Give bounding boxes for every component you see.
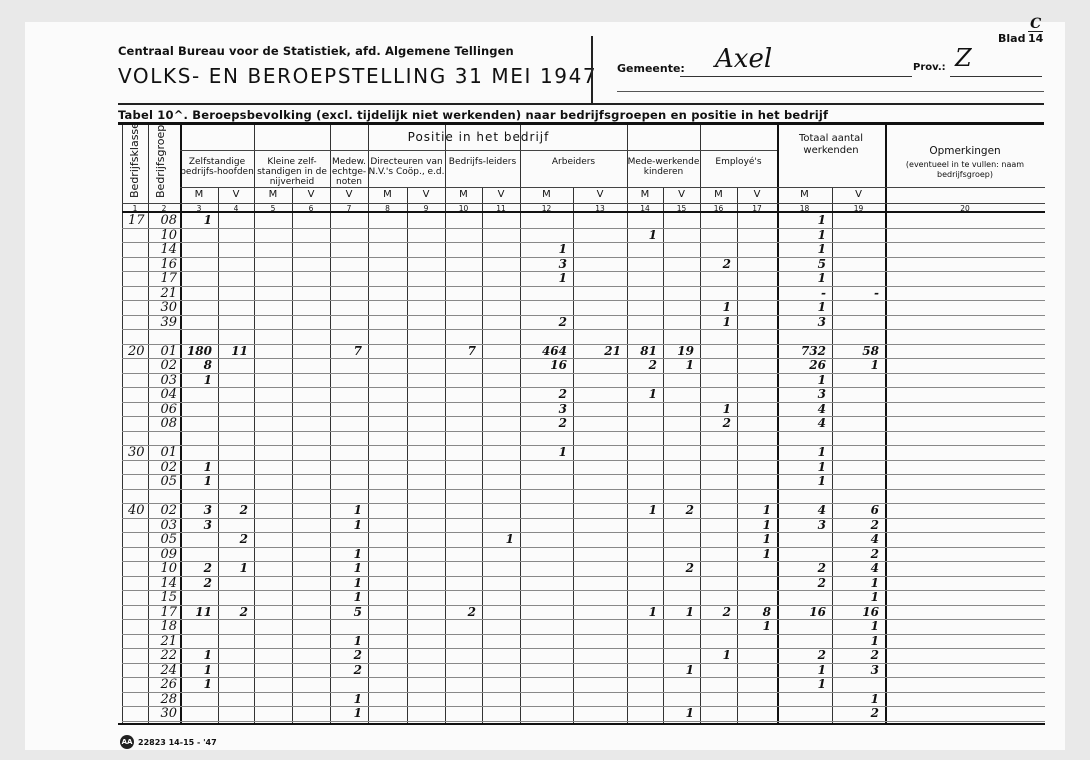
data-cell-col-18[interactable]: 2: [777, 561, 826, 576]
column-number: 10: [445, 204, 482, 213]
bedrijfsgroep-cell[interactable]: 09: [150, 547, 177, 562]
data-cell-col-3[interactable]: 1: [180, 213, 212, 228]
column-number: 13: [573, 204, 627, 213]
bedrijfsklasse-cell[interactable]: 30: [128, 445, 145, 460]
cbs-logo-icon: AA: [120, 735, 134, 749]
bedrijfsgroep-cell[interactable]: 02: [150, 460, 177, 475]
row-line: [122, 228, 1045, 229]
data-cell-col-19[interactable]: 2: [832, 518, 879, 533]
data-cell-col-7[interactable]: 5: [330, 605, 362, 620]
data-cell-col-12[interactable]: 16: [520, 358, 567, 373]
row-line: [122, 634, 1045, 635]
data-cell-col-7[interactable]: 1: [330, 547, 362, 562]
bedrijfsgroep-cell[interactable]: 03: [150, 518, 177, 533]
column-number: 20: [885, 204, 1045, 213]
group-header-7: Mede-werkende kinderen: [627, 157, 700, 177]
sex-subheader: M: [700, 189, 737, 200]
gemeente-field[interactable]: Axel: [715, 44, 772, 74]
data-cell-col-7[interactable]: 1: [330, 561, 362, 576]
row-line: [122, 692, 1045, 693]
data-cell-col-3[interactable]: 1: [180, 460, 212, 475]
bedrijfsgroep-cell[interactable]: 05: [150, 532, 177, 547]
data-cell-col-13[interactable]: 21: [573, 344, 621, 359]
data-cell-col-12[interactable]: 3: [520, 402, 567, 417]
group-header-1: Zelfstandige bedrijfs-hoofden: [180, 157, 254, 177]
data-cell-col-15[interactable]: 1: [663, 358, 694, 373]
bedrijfsgroep-cell[interactable]: 02: [150, 358, 177, 373]
row-line: [122, 706, 1045, 707]
group-header-6: Arbeiders: [520, 157, 627, 167]
data-cell-col-15[interactable]: 2: [663, 561, 694, 576]
column-number: 19: [832, 204, 885, 213]
data-cell-col-18[interactable]: 5: [777, 257, 826, 272]
bedrijfsgroep-cell[interactable]: 10: [150, 561, 177, 576]
grid-column-line: [292, 187, 293, 723]
data-cell-col-18[interactable]: 1: [777, 228, 826, 243]
blad-letter: C: [1028, 18, 1043, 31]
gemeente-extra-line: [617, 91, 1044, 92]
row-line: [122, 460, 1045, 461]
bedrijfsgroep-header: Bedrijfsgroep: [154, 125, 167, 198]
sex-subheader: V: [292, 189, 330, 200]
row-line: [122, 663, 1045, 664]
row-line: [122, 416, 1045, 417]
bedrijfsgroep-cell[interactable]: 01: [150, 344, 177, 359]
column-number: 7: [330, 204, 368, 213]
header-divider: [591, 36, 593, 104]
table-bottom-rule: [118, 723, 1045, 725]
data-cell-col-16[interactable]: 2: [700, 605, 731, 620]
data-cell-col-7[interactable]: 1: [330, 706, 362, 721]
sex-subheader: M: [445, 189, 482, 200]
sex-subheader: M: [180, 189, 218, 200]
bedrijfsgroep-cell[interactable]: 06: [150, 402, 177, 417]
data-cell-col-19[interactable]: 3: [832, 663, 879, 678]
row-line: [122, 271, 1045, 272]
column-number: 11: [482, 204, 520, 213]
row-line: [122, 547, 1045, 548]
bedrijfsgroep-cell[interactable]: 08: [150, 213, 177, 228]
header-rule: [118, 103, 1044, 105]
data-cell-col-18[interactable]: -: [777, 286, 826, 301]
group-header-3: Medew. echtge-noten: [330, 157, 368, 187]
bedrijfsklasse-header: Bedrijfsklasse: [128, 122, 141, 198]
bedrijfsklasse-cell[interactable]: 17: [128, 213, 145, 228]
data-cell-col-19[interactable]: 1: [832, 590, 879, 605]
data-cell-col-19[interactable]: 4: [832, 532, 879, 547]
column-number: 3: [180, 204, 218, 213]
sex-subheader: V: [218, 189, 254, 200]
data-cell-col-18[interactable]: 3: [777, 315, 826, 330]
row-line: [122, 576, 1045, 577]
data-cell-col-18[interactable]: 1: [777, 445, 826, 460]
data-cell-col-15[interactable]: 2: [663, 503, 694, 518]
bedrijfsgroep-cell[interactable]: 21: [150, 286, 177, 301]
data-cell-col-16[interactable]: 1: [700, 300, 731, 315]
column-number: 17: [737, 204, 777, 213]
row-line: [122, 532, 1045, 533]
data-cell-col-12[interactable]: 1: [520, 242, 567, 257]
data-cell-col-16[interactable]: 1: [700, 315, 731, 330]
column-number: 1: [122, 204, 148, 213]
row-line: [122, 315, 1045, 316]
blad-number: C 14: [1028, 18, 1043, 45]
data-cell-col-16[interactable]: 1: [700, 648, 731, 663]
data-cell-col-18[interactable]: 732: [777, 344, 826, 359]
row-line: [122, 445, 1045, 446]
data-cell-col-16[interactable]: 2: [700, 257, 731, 272]
data-cell-col-15[interactable]: 1: [663, 663, 694, 678]
organization-name: Centraal Bureau voor de Statistiek, afd.…: [118, 44, 514, 58]
row-line: [122, 474, 1045, 475]
data-cell-col-17[interactable]: 1: [737, 547, 771, 562]
row-line: [122, 677, 1045, 678]
row-line: [122, 329, 1045, 330]
column-number: 12: [520, 204, 573, 213]
data-cell-col-3[interactable]: 1: [180, 373, 212, 388]
blad-label: Blad: [998, 32, 1025, 45]
bedrijfsklasse-cell[interactable]: 20: [128, 344, 145, 359]
group-header-8: Employé's: [700, 157, 777, 167]
data-cell-col-7[interactable]: 1: [330, 503, 362, 518]
data-cell-col-3[interactable]: 11: [180, 605, 212, 620]
bedrijfsgroep-cell[interactable]: 30: [150, 300, 177, 315]
data-cell-col-19[interactable]: 1: [832, 576, 879, 591]
sex-subheader: M: [254, 189, 292, 200]
data-cell-col-19[interactable]: -: [832, 286, 879, 301]
bedrijfsgroep-cell[interactable]: 17: [150, 605, 177, 620]
data-cell-col-18[interactable]: 1: [777, 213, 826, 228]
positie-header: Positie in het bedrijf: [180, 132, 777, 142]
group-header-4: Directeuren van N.V.'s Coöp., e.d.: [368, 157, 445, 177]
data-cell-col-3[interactable]: 180: [180, 344, 212, 359]
data-cell-col-17[interactable]: 1: [737, 503, 771, 518]
data-cell-col-17[interactable]: 1: [737, 619, 771, 634]
data-cell-col-12[interactable]: 2: [520, 416, 567, 431]
bedrijfsgroep-cell[interactable]: 30: [150, 706, 177, 721]
bedrijfsgroep-cell[interactable]: 22: [150, 648, 177, 663]
data-cell-col-15[interactable]: 1: [663, 706, 694, 721]
data-cell-col-3[interactable]: 3: [180, 518, 212, 533]
bedrijfsgroep-cell[interactable]: 21: [150, 634, 177, 649]
data-cell-col-19[interactable]: 58: [832, 344, 879, 359]
data-cell-col-19[interactable]: 6: [832, 503, 879, 518]
bedrijfsklasse-cell[interactable]: 40: [128, 503, 145, 518]
data-cell-col-3[interactable]: 2: [180, 561, 212, 576]
row-line: [122, 489, 1045, 490]
row-line: [122, 721, 1045, 722]
data-cell-col-17[interactable]: 1: [737, 532, 771, 547]
data-cell-col-18[interactable]: 1: [777, 373, 826, 388]
grid-column-line: [573, 187, 574, 723]
prov-label: Prov.:: [913, 62, 946, 73]
data-cell-col-19[interactable]: 2: [832, 648, 879, 663]
data-cell-col-3[interactable]: 1: [180, 474, 212, 489]
sex-subheader: V: [407, 189, 445, 200]
data-cell-col-15[interactable]: 1: [663, 605, 694, 620]
data-cell-col-18[interactable]: 1: [777, 460, 826, 475]
blad-page: 14: [1028, 31, 1043, 45]
opmerkingen-subheader: (eventueel in te vullen: naam bedrijfsgr…: [895, 160, 1035, 180]
grid-column-line: [663, 187, 664, 723]
data-cell-col-3[interactable]: 2: [180, 576, 212, 591]
data-cell-col-3[interactable]: 3: [180, 503, 212, 518]
table-title: Tabel 10^. Beroepsbevolking (excl. tijde…: [118, 108, 828, 122]
bedrijfsgroep-cell[interactable]: 17: [150, 271, 177, 286]
data-cell-col-14[interactable]: 1: [627, 503, 657, 518]
data-cell-col-7[interactable]: 7: [330, 344, 362, 359]
bedrijfsgroep-cell[interactable]: 08: [150, 416, 177, 431]
data-cell-col-4[interactable]: 2: [218, 503, 248, 518]
data-cell-col-18[interactable]: 1: [777, 663, 826, 678]
data-cell-col-12[interactable]: 2: [520, 315, 567, 330]
data-cell-col-18[interactable]: 1: [777, 474, 826, 489]
sex-subheader: V: [663, 189, 700, 200]
row-line: [122, 242, 1045, 243]
totaal-header: Totaal aantal werkenden: [777, 133, 885, 157]
bedrijfsgroep-cell[interactable]: 01: [150, 445, 177, 460]
sex-subheader: M: [627, 189, 663, 200]
sex-subheader: M: [777, 189, 832, 200]
data-cell-col-17[interactable]: 8: [737, 605, 771, 620]
row-line: [122, 590, 1045, 591]
column-number: 2: [148, 204, 180, 213]
bedrijfsgroep-cell[interactable]: 03: [150, 373, 177, 388]
data-cell-col-4[interactable]: 1: [218, 561, 248, 576]
prov-field-line: [950, 76, 1042, 77]
data-cell-col-12[interactable]: 3: [520, 257, 567, 272]
data-cell-col-12[interactable]: 2: [520, 387, 567, 402]
subheader-line: [180, 187, 1045, 188]
row-line: [122, 605, 1045, 606]
grid-column-line: [218, 187, 219, 723]
data-cell-col-7[interactable]: 2: [330, 663, 362, 678]
data-cell-col-7[interactable]: 2: [330, 648, 362, 663]
gemeente-field-line: [680, 76, 912, 77]
sex-subheader: V: [832, 189, 885, 200]
data-cell-col-3[interactable]: 1: [180, 677, 212, 692]
column-number: 18: [777, 204, 832, 213]
data-cell-col-7[interactable]: 1: [330, 576, 362, 591]
bedrijfsgroep-cell[interactable]: 39: [150, 315, 177, 330]
data-cell-col-14[interactable]: 1: [627, 387, 657, 402]
bedrijfsgroep-cell[interactable]: 28: [150, 692, 177, 707]
bedrijfsgroep-cell[interactable]: 18: [150, 619, 177, 634]
data-cell-col-10[interactable]: 7: [445, 344, 476, 359]
data-cell-col-10[interactable]: 2: [445, 605, 476, 620]
sex-subheader: V: [482, 189, 520, 200]
bedrijfsgroep-cell[interactable]: 05: [150, 474, 177, 489]
row-line: [122, 431, 1045, 432]
data-cell-col-18[interactable]: 1: [777, 677, 826, 692]
row-line: [122, 503, 1045, 504]
sex-subheader: V: [330, 189, 368, 200]
table-top-rule: [118, 122, 1044, 125]
data-cell-col-18[interactable]: 4: [777, 416, 826, 431]
sex-subheader: V: [737, 189, 777, 200]
data-cell-col-18[interactable]: 4: [777, 503, 826, 518]
data-cell-col-18[interactable]: 16: [777, 605, 826, 620]
row-line: [122, 402, 1045, 403]
column-number: 4: [218, 204, 254, 213]
data-cell-col-11[interactable]: 1: [482, 532, 514, 547]
row-line: [122, 518, 1045, 519]
data-cell-col-4[interactable]: 2: [218, 605, 248, 620]
group-header-2: Kleine zelf-standigen in de nijverheid: [254, 157, 330, 187]
data-cell-col-16[interactable]: 1: [700, 402, 731, 417]
data-cell-col-19[interactable]: 16: [832, 605, 879, 620]
bedrijfsgroep-cell[interactable]: 16: [150, 257, 177, 272]
row-line: [122, 257, 1045, 258]
group-header-5: Bedrijfs-leiders: [445, 157, 520, 167]
form-print-code: 22823 14-15 - '47: [138, 738, 217, 747]
data-cell-col-12[interactable]: 1: [520, 445, 567, 460]
grid-column-line: [407, 187, 408, 723]
data-cell-col-18[interactable]: 3: [777, 518, 826, 533]
data-cell-col-14[interactable]: 1: [627, 605, 657, 620]
sex-subheader: M: [520, 189, 573, 200]
grid-column-line: [482, 187, 483, 723]
form-title: VOLKS- EN BEROEPSTELLING 31 MEI 1947: [118, 64, 597, 88]
row-line: [122, 387, 1045, 388]
data-cell-col-18[interactable]: 4: [777, 402, 826, 417]
data-cell-col-18[interactable]: 1: [777, 242, 826, 257]
data-cell-col-19[interactable]: 2: [832, 706, 879, 721]
bedrijfsgroep-cell[interactable]: 24: [150, 663, 177, 678]
prov-field[interactable]: Z: [955, 44, 972, 72]
data-cell-col-4[interactable]: 11: [218, 344, 248, 359]
column-number: 16: [700, 204, 737, 213]
data-cell-col-3[interactable]: 1: [180, 663, 212, 678]
grid-column-line: [737, 187, 738, 723]
bedrijfsgroep-cell[interactable]: 26: [150, 677, 177, 692]
data-cell-col-15[interactable]: 19: [663, 344, 694, 359]
row-line: [122, 300, 1045, 301]
data-cell-col-18[interactable]: 2: [777, 576, 826, 591]
data-cell-col-7[interactable]: 1: [330, 634, 362, 649]
data-cell-col-19[interactable]: 1: [832, 358, 879, 373]
bedrijfsgroep-cell[interactable]: 02: [150, 503, 177, 518]
data-cell-col-14[interactable]: 1: [627, 228, 657, 243]
data-cell-col-18[interactable]: 2: [777, 648, 826, 663]
data-cell-col-19[interactable]: 1: [832, 634, 879, 649]
data-cell-col-14[interactable]: 2: [627, 358, 657, 373]
column-number: 15: [663, 204, 700, 213]
data-cell-col-19[interactable]: 1: [832, 619, 879, 634]
column-number: 6: [292, 204, 330, 213]
data-cell-col-7[interactable]: 1: [330, 692, 362, 707]
gemeente-label: Gemeente:: [617, 62, 685, 75]
bedrijfsgroep-cell[interactable]: 15: [150, 590, 177, 605]
column-number: 9: [407, 204, 445, 213]
row-line: [122, 619, 1045, 620]
data-cell-col-7[interactable]: 1: [330, 590, 362, 605]
row-line: [122, 561, 1045, 562]
data-cell-col-3[interactable]: 8: [180, 358, 212, 373]
data-cell-col-19[interactable]: 1: [832, 692, 879, 707]
data-cell-col-16[interactable]: 2: [700, 416, 731, 431]
row-line: [122, 648, 1045, 649]
data-cell-col-18[interactable]: 3: [777, 387, 826, 402]
data-cell-col-4[interactable]: 2: [218, 532, 248, 547]
data-cell-col-17[interactable]: 1: [737, 518, 771, 533]
column-number: 5: [254, 204, 292, 213]
data-cell-col-12[interactable]: 1: [520, 271, 567, 286]
data-cell-col-19[interactable]: 4: [832, 561, 879, 576]
data-cell-col-12[interactable]: 464: [520, 344, 567, 359]
bedrijfsgroep-cell[interactable]: 04: [150, 387, 177, 402]
row-line: [122, 373, 1045, 374]
data-cell-col-7[interactable]: 1: [330, 518, 362, 533]
opmerkingen-header: Opmerkingen: [885, 146, 1045, 156]
column-number: 8: [368, 204, 407, 213]
sex-subheader: M: [368, 189, 407, 200]
bedrijfsgroep-cell[interactable]: 10: [150, 228, 177, 243]
form-footer: AA 22823 14-15 - '47: [120, 735, 217, 749]
bedrijfsgroep-cell[interactable]: 14: [150, 576, 177, 591]
data-cell-col-18[interactable]: 1: [777, 300, 826, 315]
data-cell-col-3[interactable]: 1: [180, 648, 212, 663]
data-cell-col-14[interactable]: 81: [627, 344, 657, 359]
bedrijfsgroep-cell[interactable]: 14: [150, 242, 177, 257]
sex-subheader: V: [573, 189, 627, 200]
positie-underline: [180, 150, 777, 151]
data-cell-col-19[interactable]: 2: [832, 547, 879, 562]
row-line: [122, 286, 1045, 287]
data-cell-col-18[interactable]: 26: [777, 358, 826, 373]
data-cell-col-18[interactable]: 1: [777, 271, 826, 286]
column-number: 14: [627, 204, 663, 213]
